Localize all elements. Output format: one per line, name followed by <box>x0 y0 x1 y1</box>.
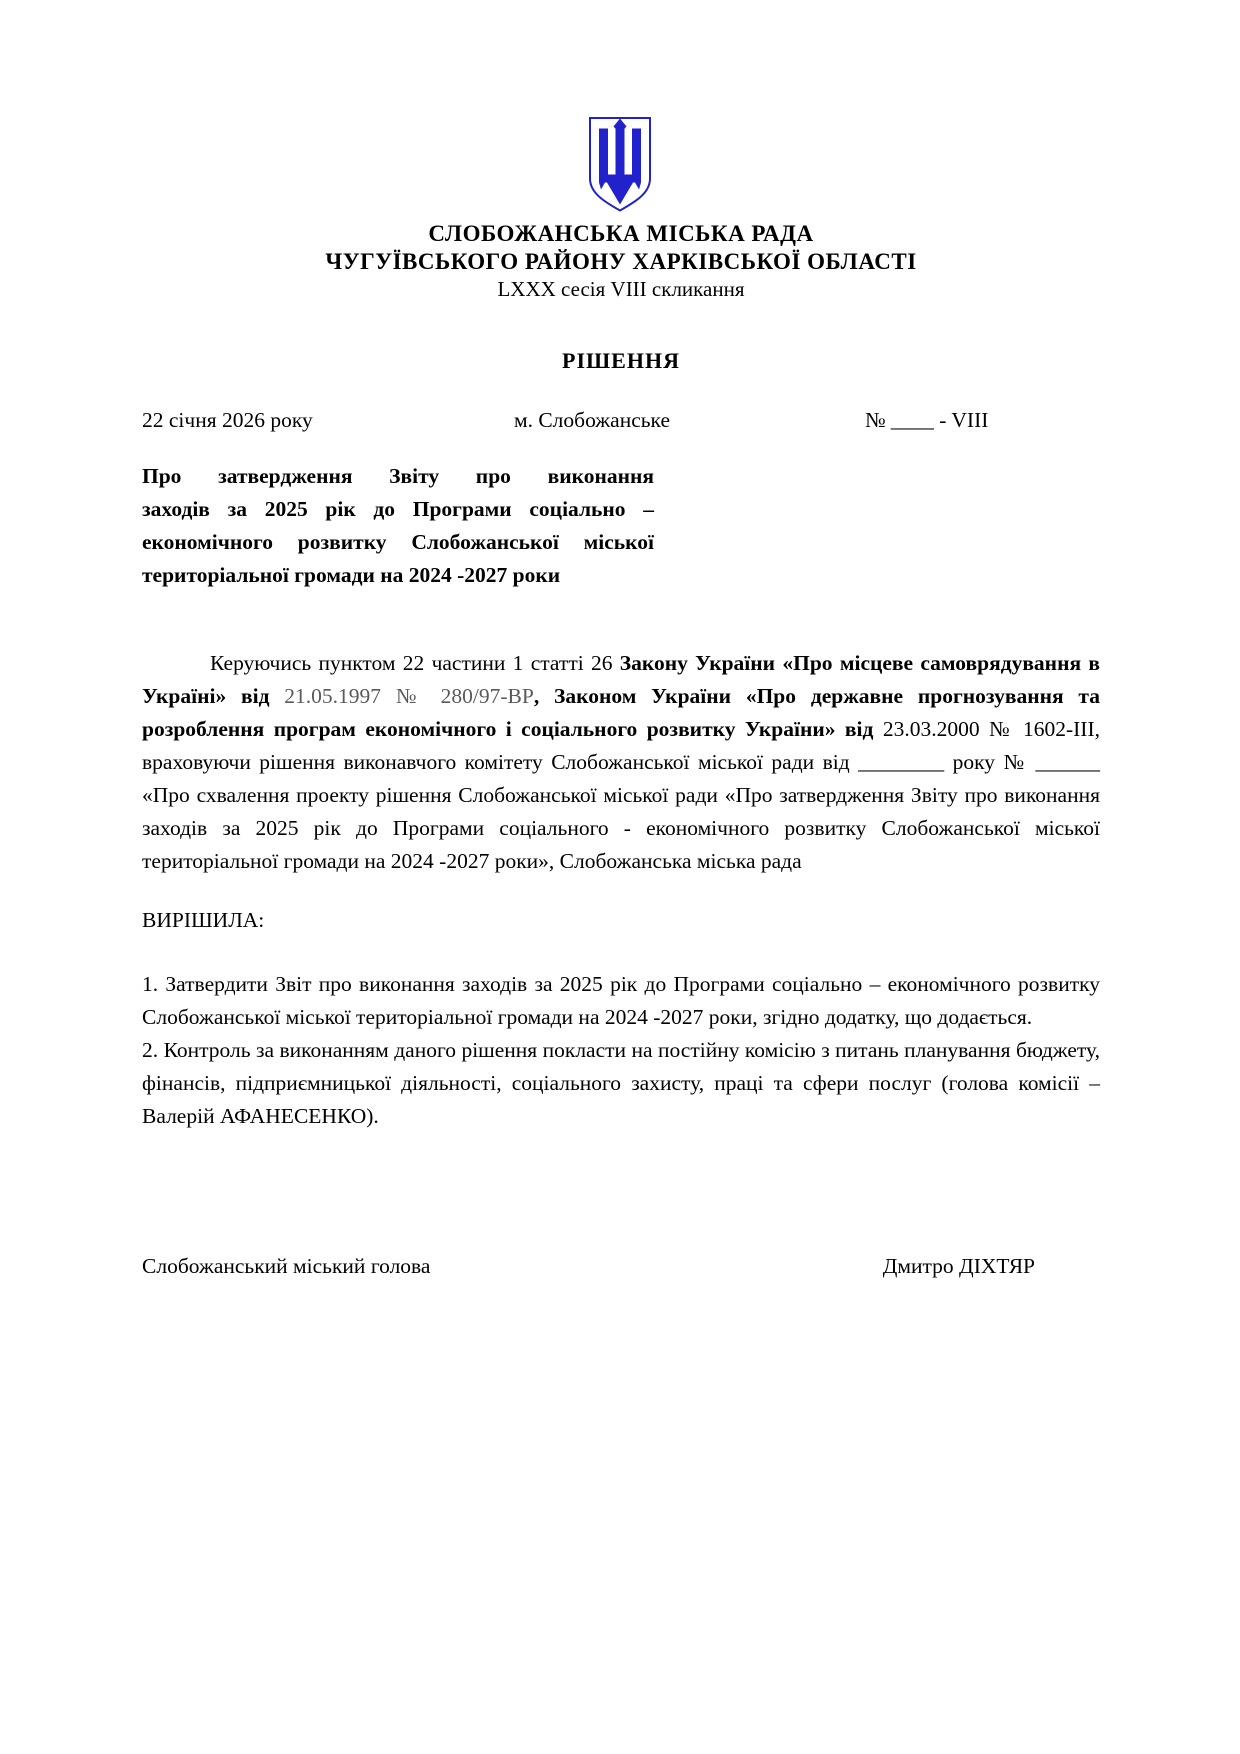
preamble-paragraph: Керуючись пунктом 22 частини 1 статті 26… <box>142 647 1100 878</box>
document-place: м. Слобожанське <box>442 407 742 433</box>
law-date-number: 21.05.1997 № 280/97-ВР <box>284 684 534 708</box>
preamble-text: Керуючись пунктом 22 частини 1 статті 26 <box>210 651 620 675</box>
subject-line: економічного розвитку Слобожанської місь… <box>142 526 654 559</box>
resolved-label: ВИРІШИЛА: <box>142 907 1100 934</box>
ukraine-trident-emblem-icon <box>587 116 653 213</box>
document-content: СЛОБОЖАНСЬКА МІСЬКА РАДА ЧУГУЇВСЬКОГО РА… <box>0 220 1240 1280</box>
district-region-name: ЧУГУЇВСЬКОГО РАЙОНУ ХАРКІВСЬКОЇ ОБЛАСТІ <box>142 248 1100 276</box>
signature-row: Слобожанський міський голова Дмитро ДІХТ… <box>142 1253 1100 1280</box>
council-name: СЛОБОЖАНСЬКА МІСЬКА РАДА <box>142 220 1100 248</box>
signer-name: Дмитро ДІХТЯР <box>883 1253 1035 1280</box>
document-number: № ____ - VIII <box>742 407 1100 433</box>
subject-line: територіальної громади на 2024 -2027 рок… <box>142 559 654 592</box>
signer-position: Слобожанський міський голова <box>142 1253 430 1280</box>
subject-block: Про затвердження Звіту про виконання зах… <box>142 460 654 592</box>
document-page: СЛОБОЖАНСЬКА МІСЬКА РАДА ЧУГУЇВСЬКОГО РА… <box>0 0 1240 1754</box>
date-row: 22 січня 2026 року м. Слобожанське № ___… <box>142 407 1100 433</box>
document-date: 22 січня 2026 року <box>142 407 442 433</box>
subject-line: Про затвердження Звіту про виконання <box>142 460 654 493</box>
session-line: LXXX сесія VIII скликання <box>142 276 1100 303</box>
resolution-item-2: 2. Контроль за виконанням даного рішення… <box>142 1034 1100 1133</box>
document-title: РІШЕННЯ <box>142 348 1100 374</box>
emblem-container <box>0 0 1240 213</box>
organization-header: СЛОБОЖАНСЬКА МІСЬКА РАДА ЧУГУЇВСЬКОГО РА… <box>142 220 1100 303</box>
resolution-items: 1. Затвердити Звіт про виконання заходів… <box>142 968 1100 1133</box>
subject-line: заходів за 2025 рік до Програми соціальн… <box>142 493 654 526</box>
resolution-item-1: 1. Затвердити Звіт про виконання заходів… <box>142 968 1100 1034</box>
